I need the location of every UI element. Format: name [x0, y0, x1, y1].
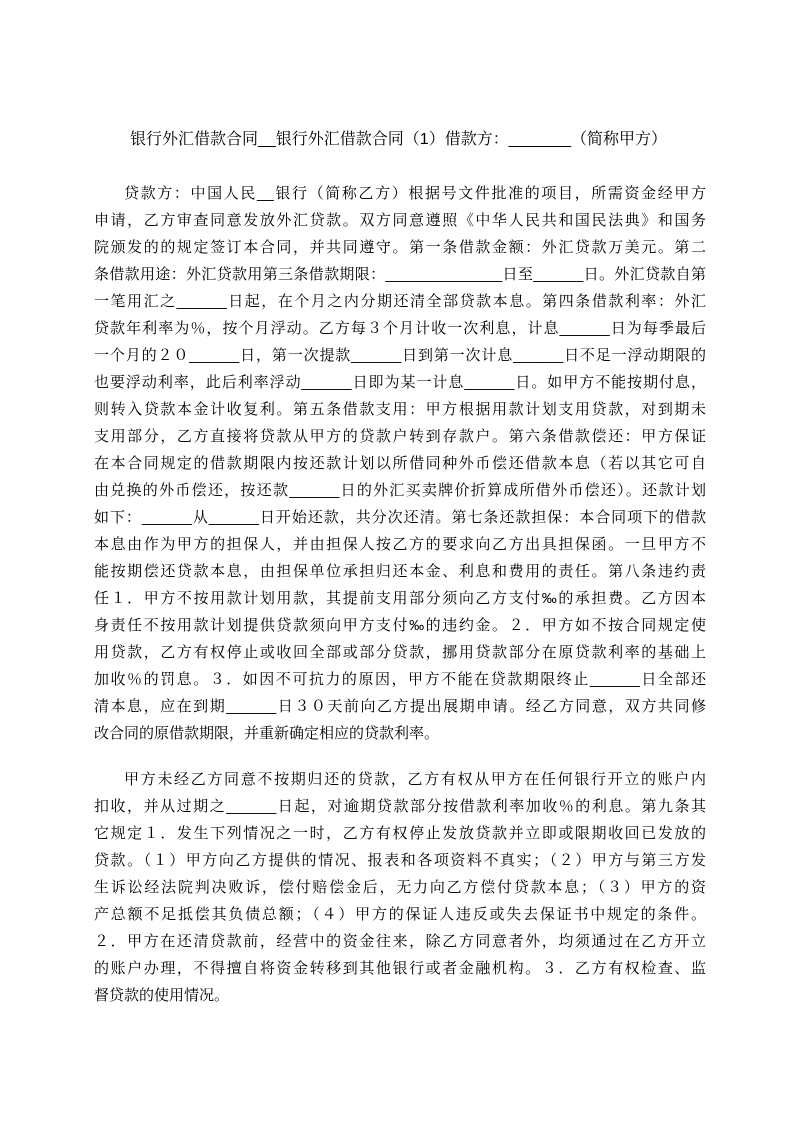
document-line: 贷款。（１）甲方向乙方提供的情况、报表和各项资料不真实；（２）甲方与第三方发	[94, 847, 706, 874]
contract-paragraph-1: 贷款方：中国人民__银行（简称乙方）根据号文件批准的项目，所需资金经甲方申请，乙…	[94, 180, 706, 747]
document-line: 能按期偿还贷款本息，由担保单位承担归还本金、利息和费用的责任。第八条违约责	[94, 558, 706, 585]
document-page: 银行外汇借款合同__银行外汇借款合同（1）借款方：_______（简称甲方） 贷…	[0, 0, 793, 1122]
document-line: 院颁发的的规定签订本合同，并共同遵守。第一条借款金额：外汇贷款万美元。第二	[94, 234, 706, 261]
document-line: ２．甲方在还清贷款前，经营中的资金往来，除乙方同意者外，均须通过在乙方开立	[94, 928, 706, 955]
document-line: 身责任不按用款计划提供贷款须向甲方支付‰的违约金。２．甲方如不按合同规定使	[94, 612, 706, 639]
document-line: 加收％的罚息。３．如因不可抗力的原因，甲方不能在贷款期限终止______日全部还	[94, 666, 706, 693]
document-line: 用贷款，乙方有权停止或收回全部或部分贷款，挪用贷款部分在原贷款利率的基础上	[94, 639, 706, 666]
document-line: 贷款年利率为％，按个月浮动。乙方每３个月计收一次利息，计息______日为每季最…	[94, 315, 706, 342]
document-line: 一个月的２０______日，第一次提款______日到第一次计息______日不…	[94, 342, 706, 369]
document-title: 银行外汇借款合同__银行外汇借款合同（1）借款方：_______（简称甲方）	[130, 126, 706, 153]
document-line: 甲方未经乙方同意不按期归还的贷款，乙方有权从甲方在任何银行开立的账户内	[94, 766, 706, 793]
document-line: 条借款用途：外汇贷款用第三条借款期限：______________日至_____…	[94, 261, 706, 288]
document-line: 清本息，应在到期______日３０天前向乙方提出展期申请。经乙方同意，双方共同修	[94, 693, 706, 720]
document-line: 一笔用汇之______日起，在个月之内分期还清全部贷款本息。第四条借款利率：外汇	[94, 288, 706, 315]
document-line: 由兑换的外币偿还，按还款______日的外汇买卖牌价折算成所借外币偿还）。还款计…	[94, 477, 706, 504]
document-line: 产总额不足抵偿其负债总额；（４）甲方的保证人违反或失去保证书中规定的条件。	[94, 901, 706, 928]
document-line: 在本合同规定的借款期限内按还款计划以所借同种外币偿还借款本息（若以其它可自	[94, 450, 706, 477]
document-line: 督贷款的使用情况。	[94, 982, 706, 1009]
document-line: 申请，乙方审查同意发放外汇贷款。双方同意遵照《中华人民共和国民法典》和国务	[94, 207, 706, 234]
contract-paragraph-2: 甲方未经乙方同意不按期归还的贷款，乙方有权从甲方在任何银行开立的账户内扣收，并从…	[94, 766, 706, 1009]
document-line: 扣收，并从过期之______日起，对逾期贷款部分按借款利率加收％的利息。第九条其	[94, 793, 706, 820]
document-line: 改合同的原借款期限，并重新确定相应的贷款利率。	[94, 720, 706, 747]
document-line: 贷款方：中国人民__银行（简称乙方）根据号文件批准的项目，所需资金经甲方	[94, 180, 706, 207]
document-line: 则转入贷款本金计收复利。第五条借款支用：甲方根据用款计划支用贷款，对到期未	[94, 396, 706, 423]
document-line: 本息由作为甲方的担保人，并由担保人按乙方的要求向乙方出具担保函。一旦甲方不	[94, 531, 706, 558]
document-line: 也要浮动利率，此后利率浮动______日即为某一计息______日。如甲方不能按…	[94, 369, 706, 396]
document-line: 任１．甲方不按用款计划用款，其提前支用部分须向乙方支付‰的承担费。乙方因本	[94, 585, 706, 612]
document-line: 的账户办理，不得擅自将资金转移到其他银行或者金融机构。３．乙方有权检查、监	[94, 955, 706, 982]
document-line: 生诉讼经法院判决败诉，偿付赔偿金后，无力向乙方偿付贷款本息；（３）甲方的资	[94, 874, 706, 901]
document-line: 如下：______从______日开始还款，共分次还清。第七条还款担保：本合同项…	[94, 504, 706, 531]
document-line: 它规定１．发生下列情况之一时，乙方有权停止发放贷款并立即或限期收回已发放的	[94, 820, 706, 847]
document-line: 支用部分，乙方直接将贷款从甲方的贷款户转到存款户。第六条借款偿还：甲方保证	[94, 423, 706, 450]
